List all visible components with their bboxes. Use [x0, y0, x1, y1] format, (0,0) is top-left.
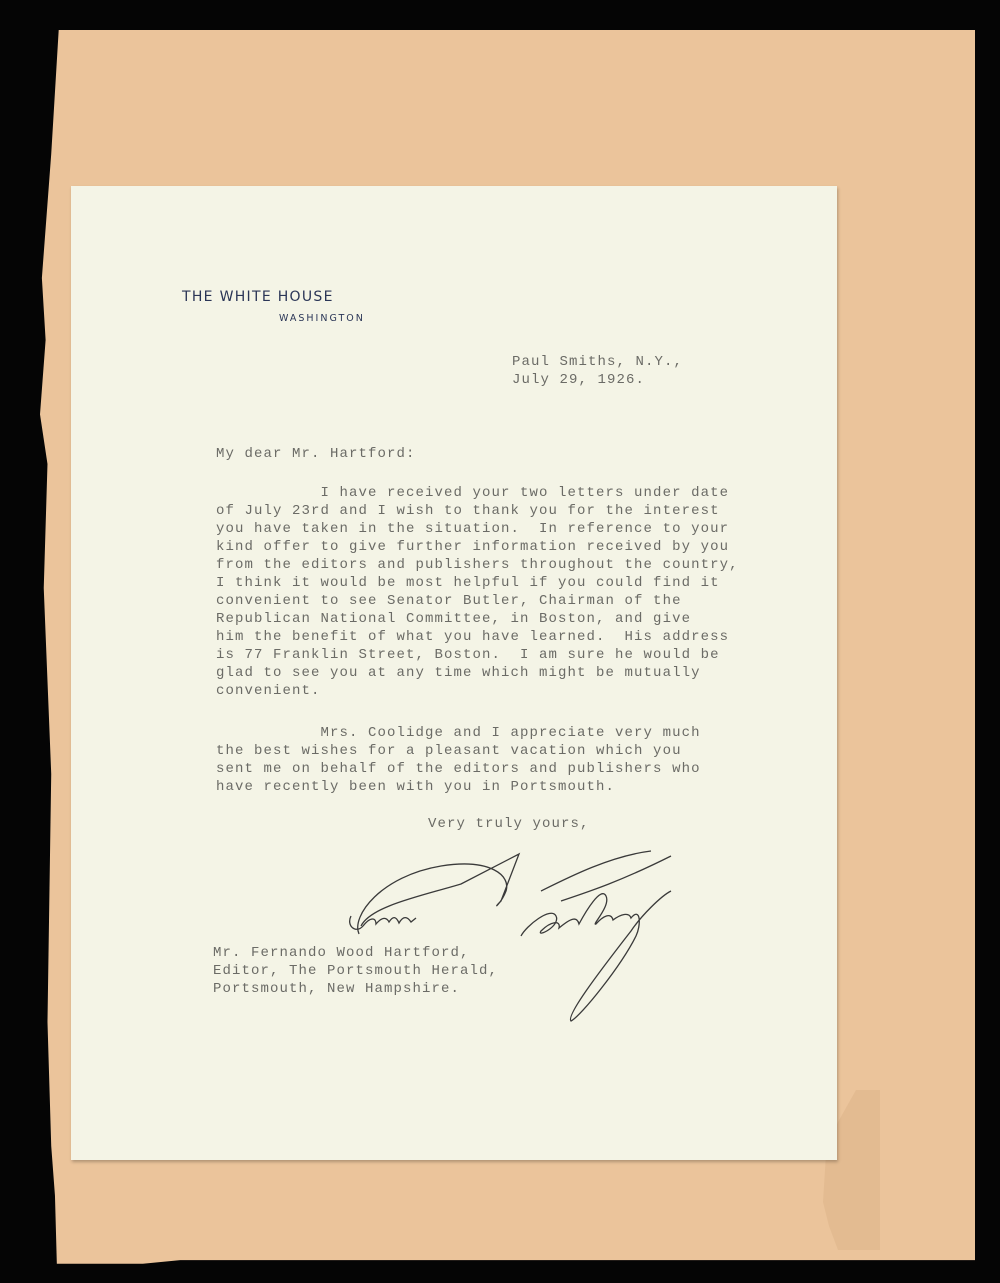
body-line: from the editors and publishers througho…	[216, 556, 739, 574]
body-line: convenient.	[216, 682, 739, 700]
date-block: Paul Smiths, N.Y.,July 29, 1926.	[512, 353, 683, 389]
body-line: Republican National Committee, in Boston…	[216, 610, 739, 628]
paragraph-1: I have received your two letters under d…	[216, 484, 739, 700]
salutation: My dear Mr. Hartford:	[216, 445, 416, 463]
letterhead-title: THE WHITE HOUSE	[182, 289, 334, 305]
signature-icon	[341, 846, 711, 1026]
body-line: of July 23rd and I wish to thank you for…	[216, 502, 739, 520]
body-line: sent me on behalf of the editors and pub…	[216, 760, 701, 778]
place-line: Paul Smiths, N.Y.,	[512, 353, 683, 371]
paragraph-2: Mrs. Coolidge and I appreciate very much…	[216, 724, 701, 796]
body-line: kind offer to give further information r…	[216, 538, 739, 556]
recipient-address: Portsmouth, New Hampshire.	[213, 980, 498, 998]
body-line: I think it would be most helpful if you …	[216, 574, 739, 592]
letterhead-subtitle: WASHINGTON	[279, 313, 365, 324]
date-line: July 29, 1926.	[512, 371, 683, 389]
body-line: glad to see you at any time which might …	[216, 664, 739, 682]
body-line: the best wishes for a pleasant vacation …	[216, 742, 701, 760]
body-line: him the benefit of what you have learned…	[216, 628, 739, 646]
recipient-block: Mr. Fernando Wood Hartford,Editor, The P…	[213, 944, 498, 998]
recipient-name: Mr. Fernando Wood Hartford,	[213, 944, 498, 962]
body-line: you have taken in the situation. In refe…	[216, 520, 739, 538]
body-line: have recently been with you in Portsmout…	[216, 778, 701, 796]
letter-sheet: THE WHITE HOUSE WASHINGTON Paul Smiths, …	[71, 186, 837, 1160]
body-line: I have received your two letters under d…	[216, 484, 739, 502]
closing: Very truly yours,	[428, 815, 590, 833]
body-line: convenient to see Senator Butler, Chairm…	[216, 592, 739, 610]
body-line: Mrs. Coolidge and I appreciate very much	[216, 724, 701, 742]
body-line: is 77 Franklin Street, Boston. I am sure…	[216, 646, 739, 664]
recipient-title: Editor, The Portsmouth Herald,	[213, 962, 498, 980]
